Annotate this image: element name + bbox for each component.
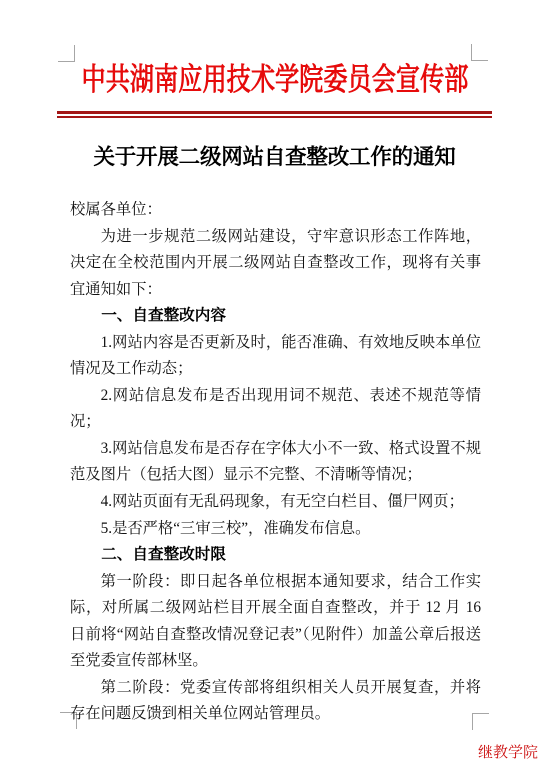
document-body: 校属各单位： 为进一步规范二级网站建设，守牢意识形态工作阵地，决定在全校范围内开…	[70, 197, 481, 728]
section-1-heading: 一、自查整改内容	[70, 303, 481, 330]
salutation: 校属各单位：	[70, 197, 481, 224]
document-page: 中共湖南应用技术学院委员会宣传部 关于开展二级网站自查整改工作的通知 校属各单位…	[0, 0, 549, 774]
letterhead-org-name: 中共湖南应用技术学院委员会宣传部	[81, 57, 468, 103]
section-1-item-2: 2.网站信息发布是否出现用词不规范、表述不规范等情况；	[70, 383, 481, 436]
footer-department-label: 继教学院	[478, 743, 538, 763]
section-2-heading: 二、自查整改时限	[70, 542, 481, 569]
letterhead-double-rule	[57, 111, 492, 118]
intro-paragraph: 为进一步规范二级网站建设，守牢意识形态工作阵地，决定在全校范围内开展二级网站自查…	[70, 224, 481, 304]
section-2-paragraph-2: 第二阶段：党委宣传部将组织相关人员开展复查，并将存在问题反馈到相关单位网站管理员…	[70, 675, 481, 728]
section-1-item-3: 3.网站信息发布是否存在字体大小不一致、格式设置不规范及图片（包括大图）显示不完…	[70, 436, 481, 489]
section-1-item-5: 5.是否严格“三审三校”，准确发布信息。	[70, 516, 481, 543]
section-2-paragraph-1: 第一阶段：即日起各单位根据本通知要求，结合工作实际，对所属二级网站栏目开展全面自…	[70, 569, 481, 675]
section-1-item-4: 4.网站页面有无乱码现象，有无空白栏目、僵尸网页；	[70, 489, 481, 516]
section-1-item-1: 1.网站内容是否更新及时，能否准确、有效地反映本单位情况及工作动态；	[70, 330, 481, 383]
document-title: 关于开展二级网站自查整改工作的通知	[0, 139, 549, 175]
letterhead: 中共湖南应用技术学院委员会宣传部	[0, 57, 549, 103]
